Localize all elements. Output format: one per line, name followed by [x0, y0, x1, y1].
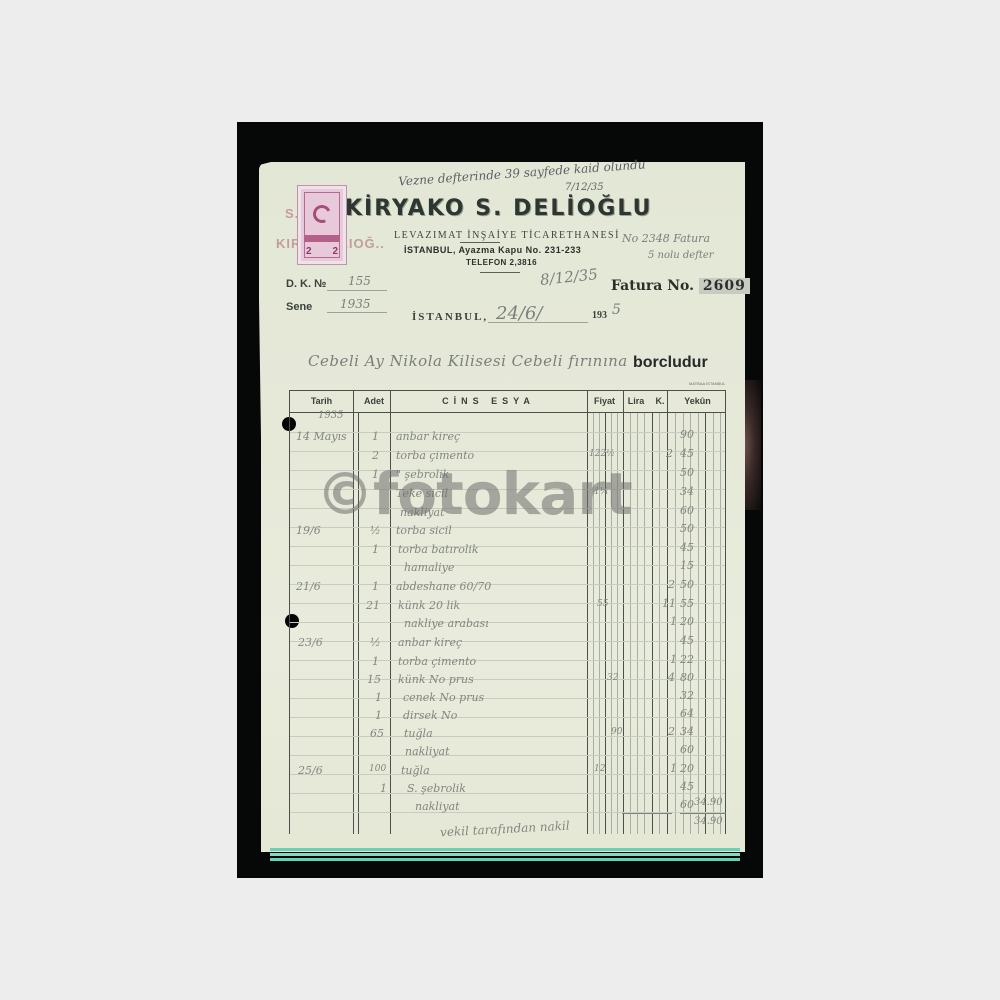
total-rule [622, 813, 672, 814]
grid-line [659, 413, 660, 834]
table-cell: 22 [680, 653, 694, 666]
total-rule [680, 813, 726, 814]
grid-line [290, 565, 725, 566]
table-cell: 60 [680, 504, 694, 517]
table-header: Tarih Adet CİNS ESYA Fiyat Lira K. Yekûn [290, 391, 725, 413]
grid-line [290, 660, 725, 661]
table-cell: 50 [680, 522, 694, 535]
table-cell: künk No prus [398, 673, 474, 686]
table-cell: 122½ [589, 449, 615, 459]
table-cell: 34 [680, 725, 694, 738]
table-cell: Adet [358, 396, 390, 406]
table-cell: 45 [680, 541, 694, 554]
table-cell: Tarih [290, 396, 353, 406]
table-cell: 4 [668, 671, 675, 684]
table-cell: 32 [607, 673, 618, 683]
company-phone: TELEFON 2,3816 [466, 258, 537, 267]
table-cell: CİNS ESYA [390, 396, 587, 406]
edge-stripe [270, 853, 740, 856]
grid-line [290, 641, 725, 642]
table-cell: 15 [680, 559, 694, 572]
table-cell: Yekûn [670, 396, 725, 406]
table-cell: S. şebrolik [407, 782, 466, 795]
grid-line [290, 717, 725, 718]
table-cell: 60 [680, 798, 694, 811]
grid-line [637, 413, 638, 834]
table-cell: anbar kireç [396, 430, 460, 443]
table-cell: 2 [668, 725, 675, 738]
table-cell: 80 [680, 671, 694, 684]
revenue-stamp: 2 2 [298, 186, 346, 264]
dk-label: D. K. № [286, 278, 326, 290]
table-cell: Fiyat [587, 396, 622, 406]
table-cell: tuğla [401, 764, 430, 777]
table-cell: 55 [597, 599, 608, 609]
table-cell: 21 [366, 599, 380, 612]
table-cell: 45 [680, 447, 694, 460]
divider [460, 242, 500, 243]
table-cell: 34 [680, 485, 694, 498]
company-name: KİRYAKO S. DELİOĞLU [345, 196, 652, 221]
grid-line [290, 622, 725, 623]
table-cell: 1 [372, 543, 379, 556]
company-subtitle: LEVAZIMAT İNŞAİYE TİCARETHANESİ [394, 230, 620, 241]
invoice-table: Tarih Adet CİNS ESYA Fiyat Lira K. Yekûn [289, 390, 726, 834]
table-cell: 2 [332, 246, 338, 257]
table-cell: anbar kireç [398, 636, 462, 649]
grid-line [290, 584, 725, 585]
table-cell: 50 [680, 578, 694, 591]
table-cell: ½ [370, 636, 381, 649]
column-divider [623, 391, 624, 834]
grid-line [290, 546, 725, 547]
company-address: İSTANBUL, Ayazma Kapu No. 231-233 [404, 245, 581, 255]
table-cell: Lira [625, 396, 647, 406]
hand-shadow [745, 380, 761, 510]
table-cell: 32 [680, 689, 694, 702]
grid-line [290, 755, 725, 756]
table-cell: abdeshane 60/70 [396, 580, 491, 593]
table-cell: torba batırolik [398, 543, 479, 556]
table-cell: 45 [680, 634, 694, 647]
year-handwritten: 5 [612, 302, 621, 318]
table-cell: 11 [662, 597, 676, 610]
field-line [327, 290, 387, 291]
table-cell: 1 [372, 430, 379, 443]
column-divider [390, 391, 391, 834]
table-cell: 55 [680, 597, 694, 610]
table-cell: nakliyat [405, 745, 450, 758]
side-note: 5 nolu defter [648, 250, 714, 261]
grid-line [720, 413, 721, 834]
table-cell: 23/6 [298, 636, 323, 649]
table-cell: 25/6 [298, 764, 323, 777]
table-cell: 64 [680, 707, 694, 720]
grid-line [290, 432, 725, 433]
table-cell: 20 [680, 615, 694, 628]
table-cell: 2 [668, 578, 675, 591]
table-cell: 1 [670, 653, 677, 666]
total-amount: 34.90 [694, 797, 723, 808]
watermark: ©fotokart [316, 460, 632, 528]
grid-line [290, 679, 725, 680]
table-cell: 1 [372, 655, 379, 668]
column-divider [652, 413, 653, 834]
sene-label: Sene [286, 301, 312, 313]
grid-line [644, 413, 645, 834]
invoice-date: 24/6/ [496, 303, 543, 324]
table-cell: tuğla [404, 727, 433, 740]
table-cell: 1 [375, 691, 382, 704]
table-cell: 1 [372, 580, 379, 593]
column-divider [353, 391, 354, 834]
field-line [327, 312, 387, 313]
side-note: No 2348 Fatura [622, 232, 710, 245]
column-divider [705, 413, 706, 834]
table-cell: 12 [594, 764, 605, 774]
grid-line [713, 413, 714, 834]
table-cell: 21/6 [296, 580, 321, 593]
scan-bottom [240, 862, 760, 878]
table-cell: 2 [306, 246, 312, 257]
fatura-number: Fatura No. 2609 [611, 278, 750, 294]
table-cell: hamaliye [404, 561, 454, 574]
grid-line [290, 793, 725, 794]
grid-line [290, 451, 725, 452]
table-cell: 100 [369, 764, 386, 774]
table-cell: dirsek No [403, 709, 457, 722]
grid-line [290, 603, 725, 604]
grid-line [698, 413, 699, 834]
edge-stripe [270, 848, 740, 851]
edge-stripe [270, 858, 740, 861]
city-label: İSTANBUL, [412, 311, 488, 323]
total-amount-carried: 34.90 [694, 816, 723, 827]
table-cell: 50 [680, 466, 694, 479]
header-note-date: 7/12/35 [565, 182, 604, 193]
table-cell: 45 [680, 780, 694, 793]
table-cell: 60 [680, 743, 694, 756]
table-cell: nakliyat [415, 800, 460, 813]
borcludur-label: borcludur [633, 354, 708, 372]
table-cell: 1 [670, 762, 677, 775]
table-cell: torba çimento [398, 655, 476, 668]
table-cell: nakliye arabası [404, 617, 489, 630]
table-cell: 1 [670, 615, 677, 628]
sene-value: 1935 [340, 297, 371, 311]
table-cell: 1 [375, 709, 382, 722]
table-cell: 2 [666, 447, 673, 460]
table-cell: 20 [680, 762, 694, 775]
table-cell: 14 Mayıs [296, 430, 347, 443]
table-cell: 2609 [699, 278, 750, 294]
dk-value: 155 [348, 274, 371, 288]
table-cell: Fatura No. [611, 278, 694, 294]
grid-line [290, 736, 725, 737]
grid-line [290, 774, 725, 775]
debtor-name: Cebeli Ay Nikola Kilisesi Cebeli fırının… [308, 352, 628, 370]
year-printed: 193 [592, 310, 607, 321]
printer-mark: MATBAA İSTANBUL [689, 381, 725, 386]
table-cell: 15 [367, 673, 381, 686]
table-cell: 90 [611, 727, 622, 737]
table-cell: 90 [680, 428, 694, 441]
table-cell: cenek No prus [403, 691, 484, 704]
table-cell: künk 20 lik [398, 599, 460, 612]
divider [480, 272, 520, 273]
table-cell: 1 [380, 782, 387, 795]
grid-line [290, 698, 725, 699]
year-note: 1935 [318, 410, 343, 421]
table-cell: 65 [370, 727, 384, 740]
